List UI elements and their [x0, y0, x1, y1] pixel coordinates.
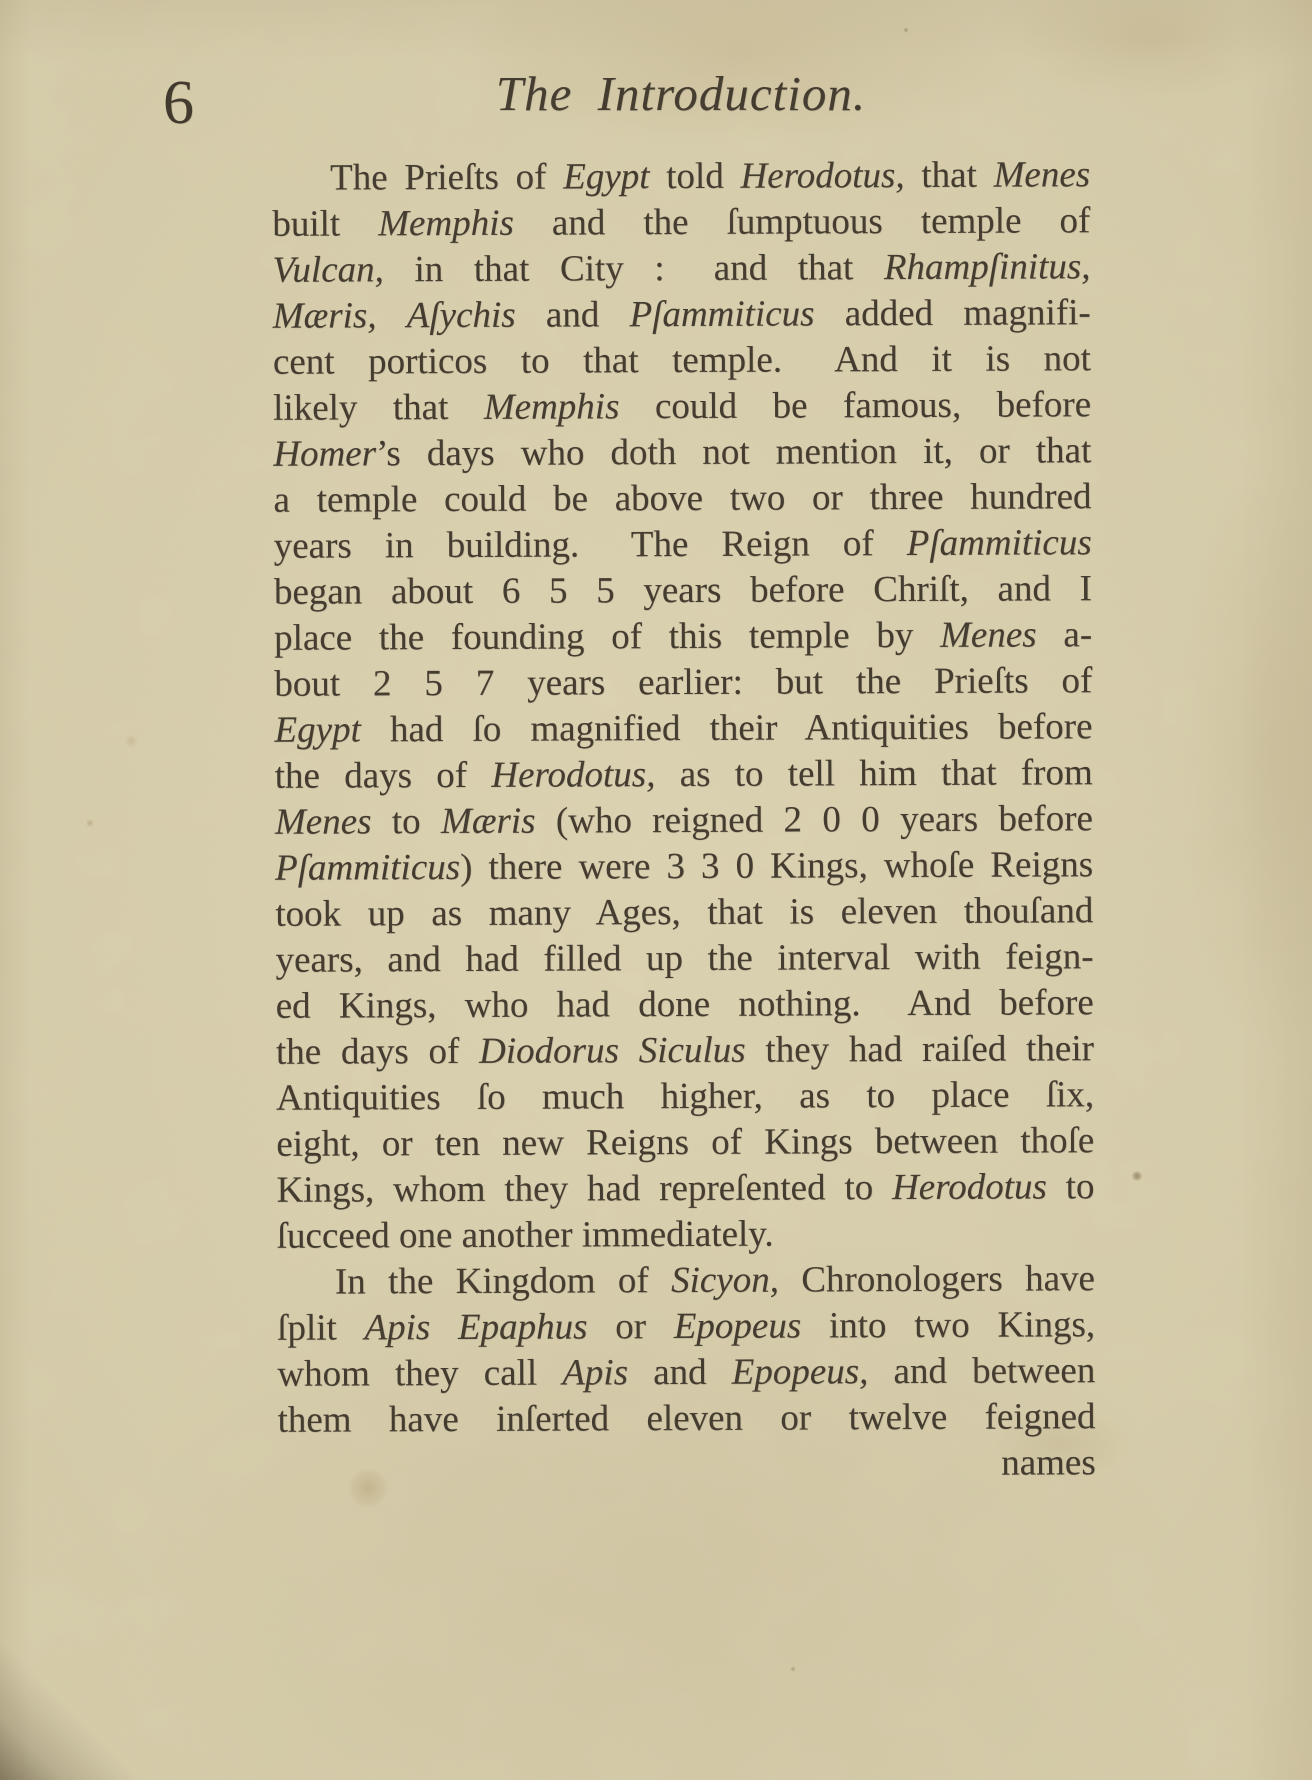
- text-segment: ſplit: [277, 1307, 365, 1348]
- text-segment: told: [649, 156, 740, 197]
- text-line: ſucceed one another immediately.: [277, 1210, 1095, 1260]
- text-line: Homer’s days who doth not mention it, or…: [273, 428, 1091, 478]
- italic-text-segment: Apis: [562, 1352, 628, 1393]
- text-segment: place the founding of this temple by: [274, 615, 940, 659]
- paragraphs-container: The Prieſts of Egypt told Herodotus, tha…: [272, 152, 1096, 1444]
- text-segment: Antiquities ſo much higher, as to place …: [276, 1074, 1094, 1119]
- text-segment: had ſo magnified their Antiquities befor…: [361, 706, 1093, 750]
- italic-text-segment: Herodotus: [892, 1166, 1047, 1208]
- text-segment: years in building. The Reign of: [274, 523, 907, 567]
- body-text: The Prieſts of Egypt told Herodotus, tha…: [272, 152, 1096, 1490]
- italic-text-segment: Herodotus,: [491, 754, 655, 796]
- text-segment: and between: [868, 1350, 1095, 1392]
- text-segment: a-: [1037, 614, 1093, 655]
- text-line: Pſammiticus) there were 3 3 0 Kings, who…: [275, 842, 1093, 892]
- italic-text-segment: Egypt: [563, 156, 649, 197]
- italic-text-segment: Epopeus: [674, 1305, 802, 1347]
- text-segment: a temple could be above two or three hun…: [273, 476, 1091, 521]
- text-line: whom they call Apis and Epopeus, and bet…: [277, 1348, 1095, 1398]
- text-line: Mæris, Aſychis and Pſammiticus added mag…: [273, 290, 1091, 340]
- text-segment: built: [272, 203, 378, 244]
- book-page: 6 The Introduction. The Prieſts of Egypt…: [0, 0, 1312, 1780]
- text-segment: began about 6 5 5 years before Chriſt, a…: [274, 568, 1092, 613]
- text-segment: the days of: [275, 755, 492, 797]
- italic-text-segment: Homer: [273, 433, 376, 474]
- text-line: the days of Diodorus Siculus they had ra…: [276, 1026, 1094, 1076]
- text-line: Kings, whom they had repreſented to Hero…: [276, 1164, 1094, 1214]
- text-segment: as to tell him that from: [655, 752, 1092, 795]
- text-segment: whom they call: [277, 1353, 562, 1395]
- text-segment: to: [1047, 1166, 1095, 1207]
- text-segment: (who reigned 2 0 0 years before: [535, 798, 1093, 841]
- text-segment: added magnifi-: [814, 292, 1090, 334]
- text-segment: or: [587, 1306, 673, 1347]
- text-segment: them have inſerted eleven or twelve feig…: [277, 1396, 1095, 1441]
- text-segment: cent porticos to that temple. And it is …: [273, 338, 1091, 383]
- italic-text-segment: Diodorus Siculus: [479, 1030, 746, 1072]
- text-line: likely that Memphis could be famous, bef…: [273, 382, 1091, 432]
- italic-text-segment: Egypt: [274, 709, 360, 750]
- text-segment: In the Kingdom of: [335, 1260, 671, 1302]
- text-segment: Kings, whom they had repreſented to: [276, 1167, 892, 1211]
- text-segment: ed Kings, who had done nothing. And befo…: [276, 982, 1094, 1027]
- text-segment: ſucceed one another immediately.: [277, 1214, 774, 1257]
- italic-text-segment: Menes: [275, 801, 372, 842]
- text-line: In the Kingdom of Sicyon, Chronologers h…: [277, 1256, 1095, 1306]
- italic-text-segment: Herodotus,: [740, 155, 904, 197]
- italic-text-segment: Rhampſinitus,: [884, 246, 1091, 288]
- text-segment: they had raiſed their: [746, 1028, 1094, 1071]
- italic-text-segment: Pſammiticus: [275, 847, 460, 889]
- text-line: The Prieſts of Egypt told Herodotus, tha…: [272, 152, 1090, 202]
- text-segment: ’s days who doth not mention it, or that: [376, 430, 1091, 474]
- text-segment: and the ſumptuous temple of: [514, 200, 1091, 244]
- text-line: Menes to Mæris (who reigned 2 0 0 years …: [275, 796, 1093, 846]
- text-segment: the days of: [276, 1031, 479, 1073]
- text-segment: years, and had filled up the interval wi…: [275, 936, 1093, 981]
- text-line: them have inſerted eleven or twelve feig…: [277, 1394, 1095, 1444]
- text-line: years in building. The Reign of Pſammiti…: [274, 520, 1092, 570]
- text-segment: could be famous, before: [619, 384, 1091, 427]
- text-line: ed Kings, who had done nothing. And befo…: [276, 980, 1094, 1030]
- text-line: Egypt had ſo magnified their Antiquities…: [274, 704, 1092, 754]
- text-segment: and: [628, 1352, 732, 1393]
- italic-text-segment: Mæris,: [273, 295, 377, 336]
- text-line: years, and had filled up the interval wi…: [275, 934, 1093, 984]
- text-segment: to: [371, 801, 441, 842]
- italic-text-segment: Apis Epaphus: [364, 1306, 587, 1348]
- text-segment: likely that: [273, 387, 484, 429]
- text-line: bout 2 5 7 years earlier: but the Prieſt…: [274, 658, 1092, 708]
- text-segment: bout 2 5 7 years earlier: but the Prieſt…: [274, 660, 1092, 705]
- italic-text-segment: Vulcan,: [272, 249, 383, 290]
- italic-text-segment: Menes: [993, 154, 1090, 195]
- text-line: Vulcan, in that City : and that Rhampſin…: [272, 244, 1090, 294]
- text-segment: The Prieſts of: [330, 157, 563, 199]
- italic-text-segment: Sicyon,: [671, 1260, 779, 1301]
- text-line: built Memphis and the ſumptuous temple o…: [272, 198, 1090, 248]
- italic-text-segment: Mæris: [441, 801, 536, 842]
- text-line: place the founding of this temple by Men…: [274, 612, 1092, 662]
- italic-text-segment: Menes: [940, 614, 1037, 655]
- text-segment: that: [905, 155, 994, 196]
- page-number: 6: [163, 72, 194, 134]
- text-segment: into two Kings,: [801, 1304, 1095, 1346]
- text-line: eight, or ten new Reigns of Kings betwee…: [276, 1118, 1094, 1168]
- catchword-line: names: [278, 1440, 1096, 1490]
- text-segment: and: [516, 294, 630, 335]
- text-line: took up as many Ages, that is eleven tho…: [275, 888, 1093, 938]
- text-segment: Chronologers have: [779, 1258, 1095, 1300]
- italic-text-segment: Epopeus,: [732, 1351, 869, 1393]
- text-line: a temple could be above two or three hun…: [273, 474, 1091, 524]
- text-segment: ) there were 3 3 0 Kings, whoſe Reigns: [460, 844, 1093, 888]
- text-line: began about 6 5 5 years before Chriſt, a…: [274, 566, 1092, 616]
- text-segment: in that City : and that: [384, 247, 884, 290]
- text-line: cent porticos to that temple. And it is …: [273, 336, 1091, 386]
- italic-text-segment: Pſammiticus: [907, 522, 1092, 564]
- italic-text-segment: Memphis: [484, 386, 620, 428]
- text-segment: [376, 295, 406, 336]
- catchword: names: [1001, 1442, 1096, 1483]
- running-header: The Introduction.: [272, 64, 1090, 124]
- text-line: Antiquities ſo much higher, as to place …: [276, 1072, 1094, 1122]
- italic-text-segment: Aſychis: [407, 295, 516, 336]
- text-segment: took up as many Ages, that is eleven tho…: [275, 890, 1093, 935]
- text-line: ſplit Apis Epaphus or Epopeus into two K…: [277, 1302, 1095, 1352]
- italic-text-segment: Pſammiticus: [629, 293, 814, 335]
- text-line: the days of Herodotus, as to tell him th…: [275, 750, 1093, 800]
- italic-text-segment: Memphis: [378, 203, 514, 245]
- text-segment: eight, or ten new Reigns of Kings betwee…: [276, 1120, 1094, 1165]
